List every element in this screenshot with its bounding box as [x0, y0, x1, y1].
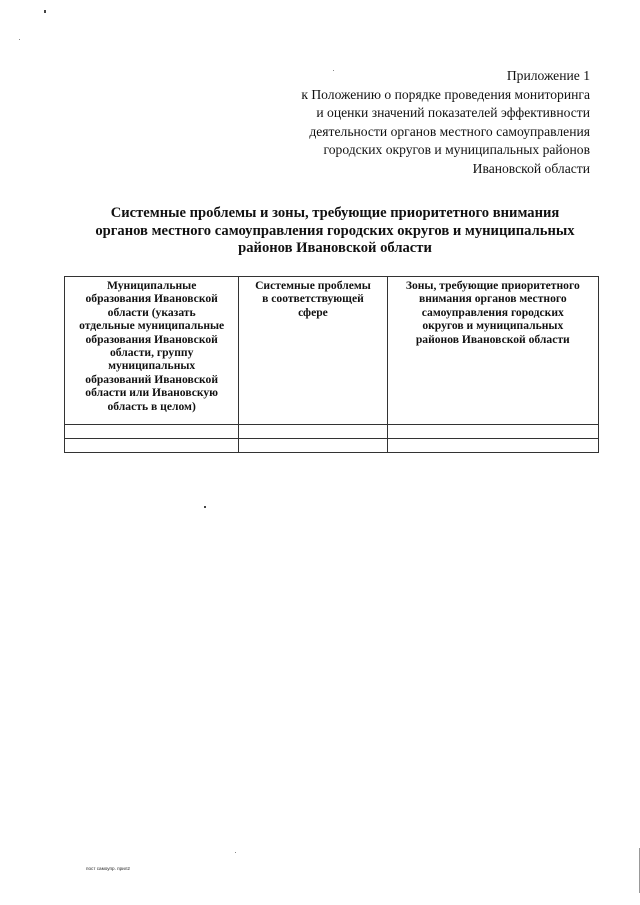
header-priority-zones: Зоны, требующие приоритетного внимания о…: [387, 277, 598, 425]
scan-speck: [333, 70, 334, 71]
table-row: [65, 425, 599, 439]
title-line: Системные проблемы и зоны, требующие при…: [70, 205, 600, 223]
table-header-row: Муниципальные образования Ивановской обл…: [65, 277, 599, 425]
problems-table: Муниципальные образования Ивановской обл…: [64, 276, 599, 453]
appendix-line: Ивановской области: [230, 160, 590, 179]
appendix-line: и оценки значений показателей эффективно…: [230, 104, 590, 123]
table-cell: [239, 439, 387, 453]
header-municipalities: Муниципальные образования Ивановской обл…: [65, 277, 239, 425]
scan-speck: [19, 39, 20, 40]
scan-speck: [235, 852, 236, 853]
appendix-header: Приложение 1 к Положению о порядке прове…: [230, 67, 590, 179]
appendix-line: Приложение 1: [230, 67, 590, 86]
scan-speck: [204, 506, 206, 508]
table-cell: [387, 439, 598, 453]
header-systemic-problems: Системные проблемы в соответствующей сфе…: [239, 277, 387, 425]
table-cell: [65, 425, 239, 439]
table-row: [65, 439, 599, 453]
appendix-line: городских округов и муниципальных районо…: [230, 141, 590, 160]
scan-speck: [44, 10, 46, 13]
title-line: районов Ивановской области: [70, 240, 600, 258]
title-line: органов местного самоуправления городски…: [70, 223, 600, 241]
table-cell: [65, 439, 239, 453]
table-cell: [387, 425, 598, 439]
footer-file-note: пост самоупр. прил2: [86, 866, 130, 871]
document-title: Системные проблемы и зоны, требующие при…: [70, 205, 600, 258]
table-cell: [239, 425, 387, 439]
appendix-line: к Положению о порядке проведения монитор…: [230, 86, 590, 105]
appendix-line: деятельности органов местного самоуправл…: [230, 123, 590, 142]
